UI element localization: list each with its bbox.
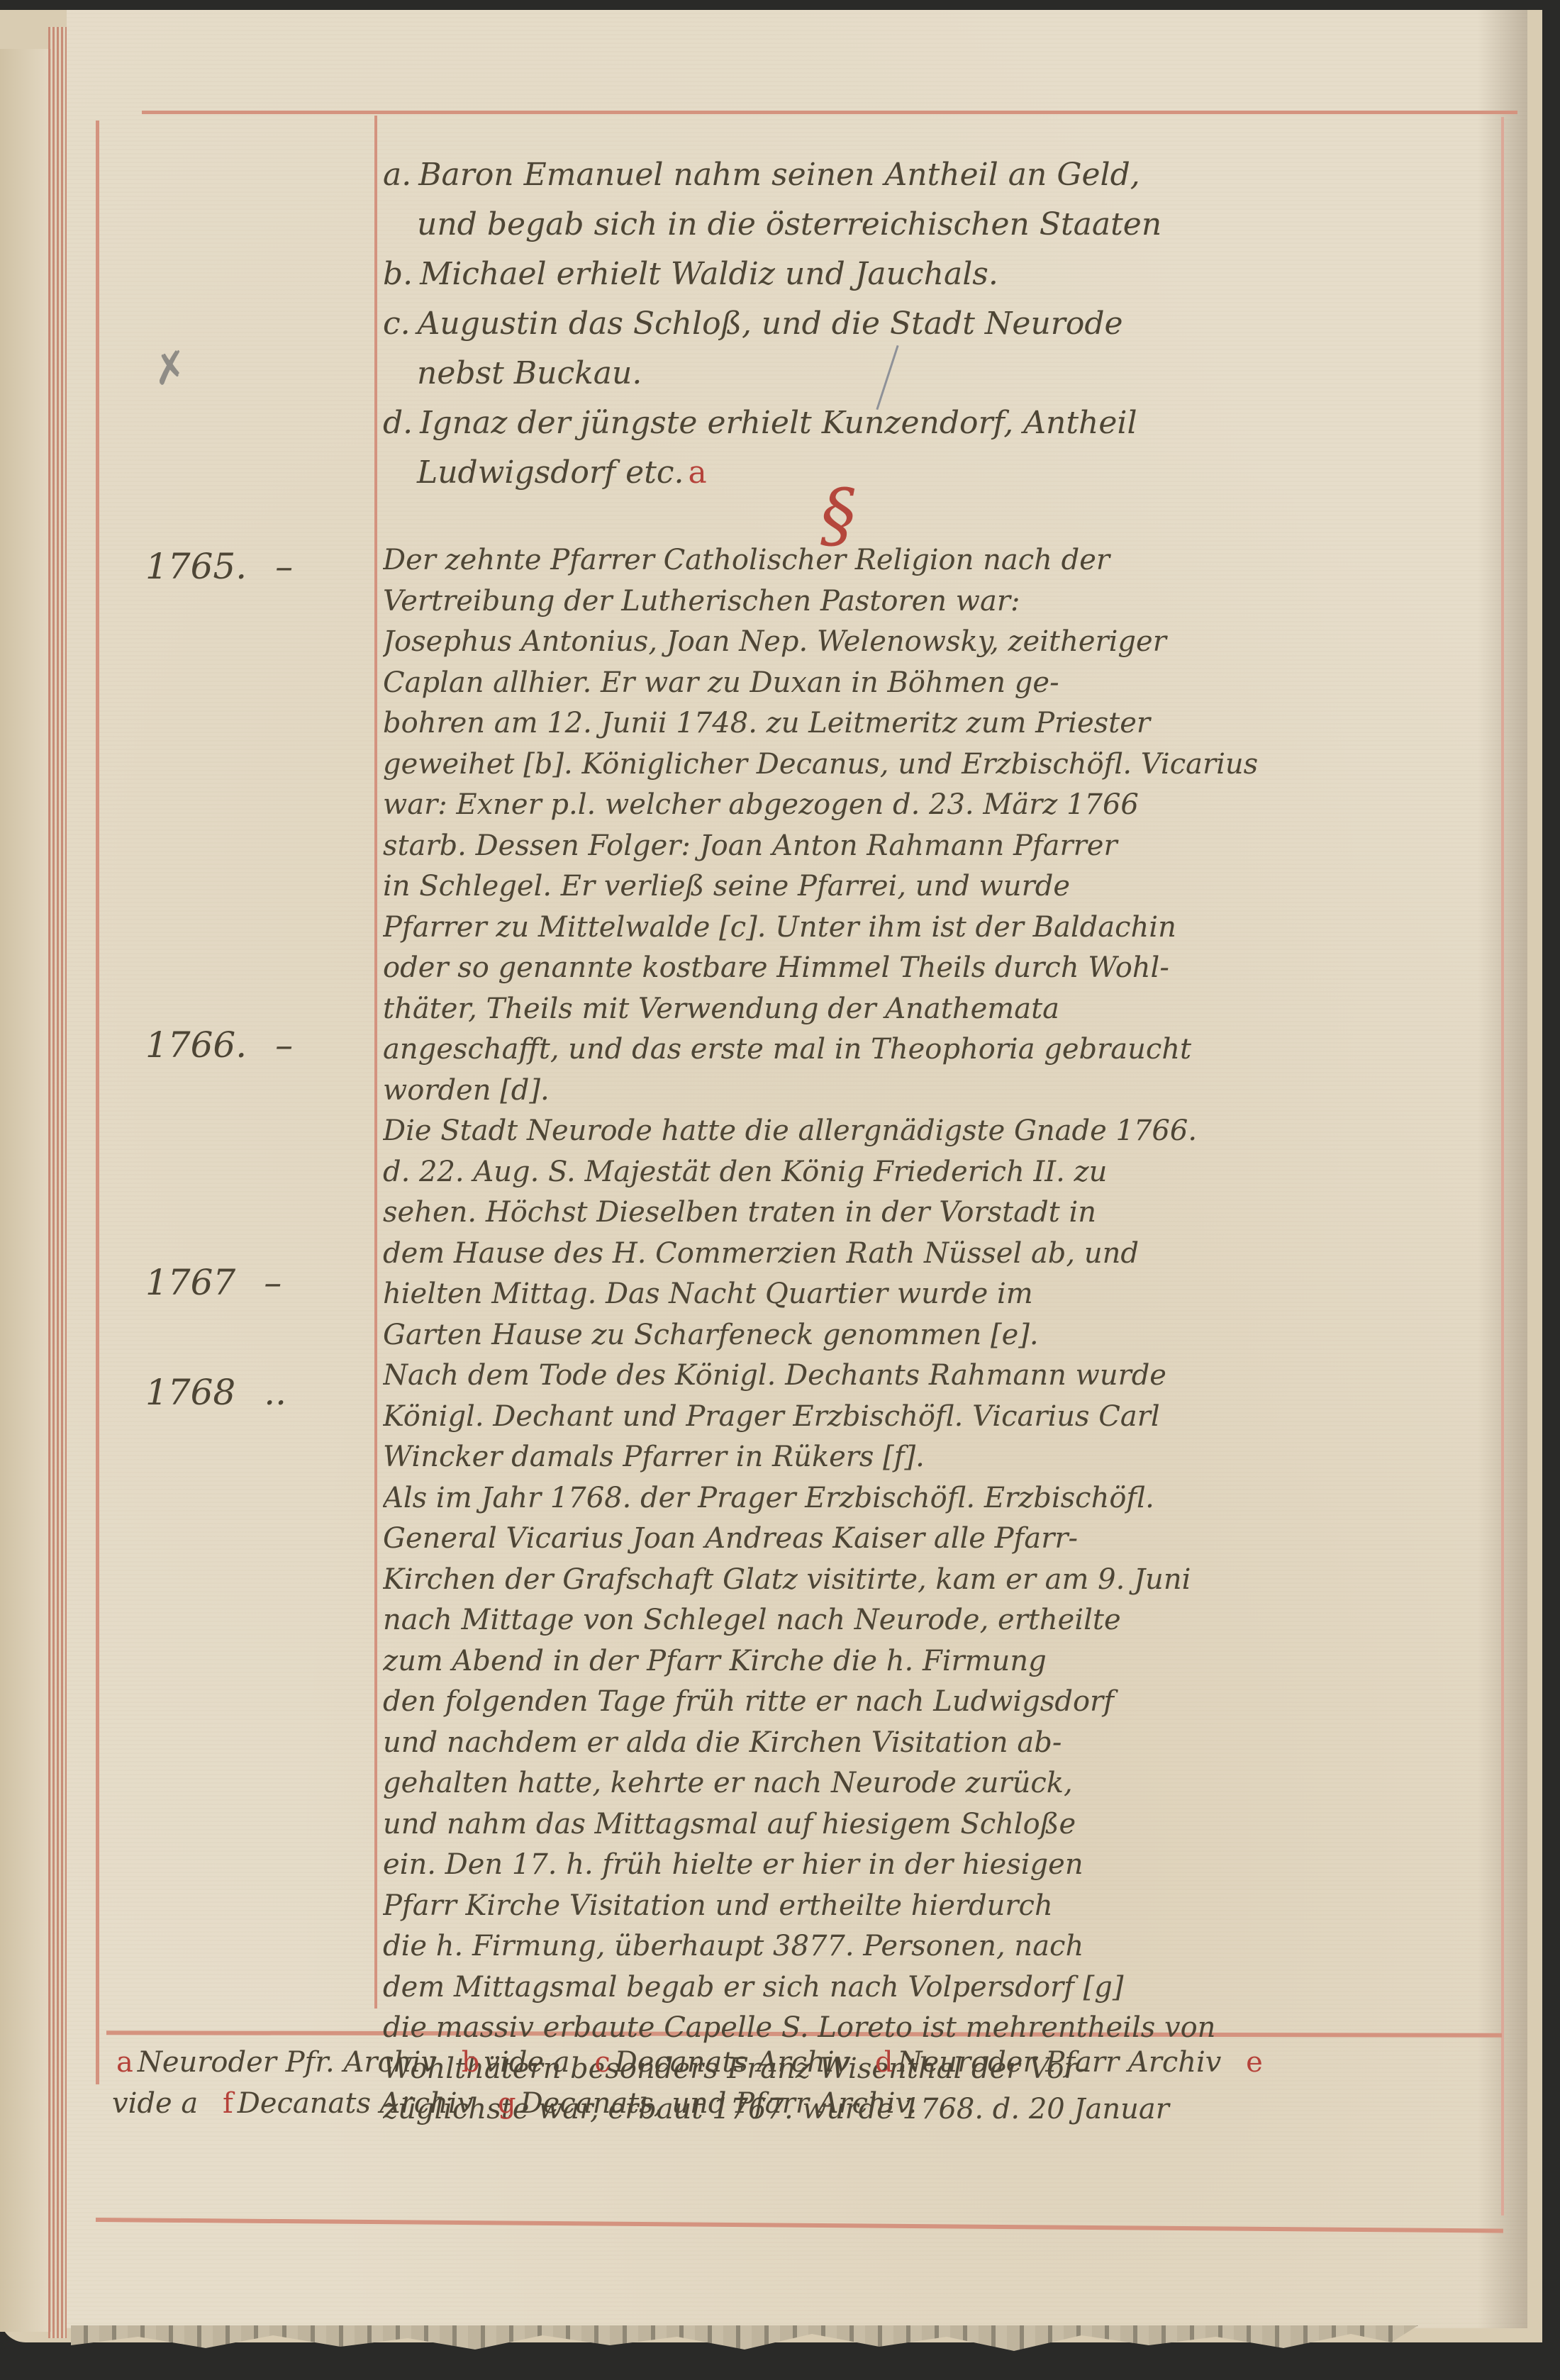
footnote-ref: a (689, 454, 707, 491)
previous-page-edge (0, 49, 51, 2332)
footnote-b: bvide a (457, 2046, 570, 2079)
year-1768: 1768.. (145, 1372, 286, 1413)
rule-top (142, 111, 1517, 114)
footnote-g: gDecanats, und Pfarr Archiv. (494, 2087, 917, 2120)
list-item-continuation: nebst Buckau. (383, 349, 1496, 398)
entry-1765: Der zehnte Pfarrer Catholischer Religion… (383, 540, 1496, 1111)
year-1765: 1765.– (145, 546, 293, 587)
entry-1766: Die Stadt Neurode hatte die allergnädigs… (383, 1111, 1496, 1356)
entry-1768: Als im Jahr 1768. der Prager Erzbischöfl… (383, 1478, 1496, 2130)
list-item: c.Augustin das Schloß, und die Stadt Neu… (383, 299, 1496, 349)
rule-left-margin (96, 121, 99, 2084)
footnotes: aNeuroder Pfr. Archiv bvide a cDecanats … (112, 2042, 1502, 2124)
footnote-a: aNeuroder Pfr. Archiv (112, 2046, 437, 2079)
list-item-continuation: und begab sich in die österreichischen S… (383, 200, 1496, 250)
rule-right-margin (1501, 117, 1504, 2216)
heirs-list: a.Baron Emanuel nahm seinen Antheil an G… (383, 150, 1496, 498)
list-item: b.Michael erhielt Waldiz und Jauchals. (383, 250, 1496, 299)
footnote-e-marker: e (1242, 2046, 1267, 2079)
footnote-d: dNeuroder Pfarr Archiv (871, 2046, 1221, 2079)
footnote-c: cDecanats Archiv (590, 2046, 850, 2079)
list-item-continuation: Ludwigsdorf etc.a (383, 448, 1496, 498)
year-1766: 1766.– (145, 1024, 293, 1066)
rule-year-column (374, 116, 377, 2009)
page-edge-stack (48, 27, 67, 2338)
footnote-e-text: vide a (112, 2087, 198, 2120)
entry-1767: Nach dem Tode des Königl. Dechants Rahma… (383, 1356, 1496, 1478)
list-item: d.Ignaz der jüngste erhielt Kunzendorf, … (383, 398, 1496, 448)
list-item: a.Baron Emanuel nahm seinen Antheil an G… (383, 150, 1496, 200)
footnote-f: fDecanats Archiv (218, 2087, 473, 2120)
chronicle-body: Der zehnte Pfarrer Catholischer Religion… (383, 540, 1496, 2130)
year-1767: 1767– (145, 1262, 282, 1303)
